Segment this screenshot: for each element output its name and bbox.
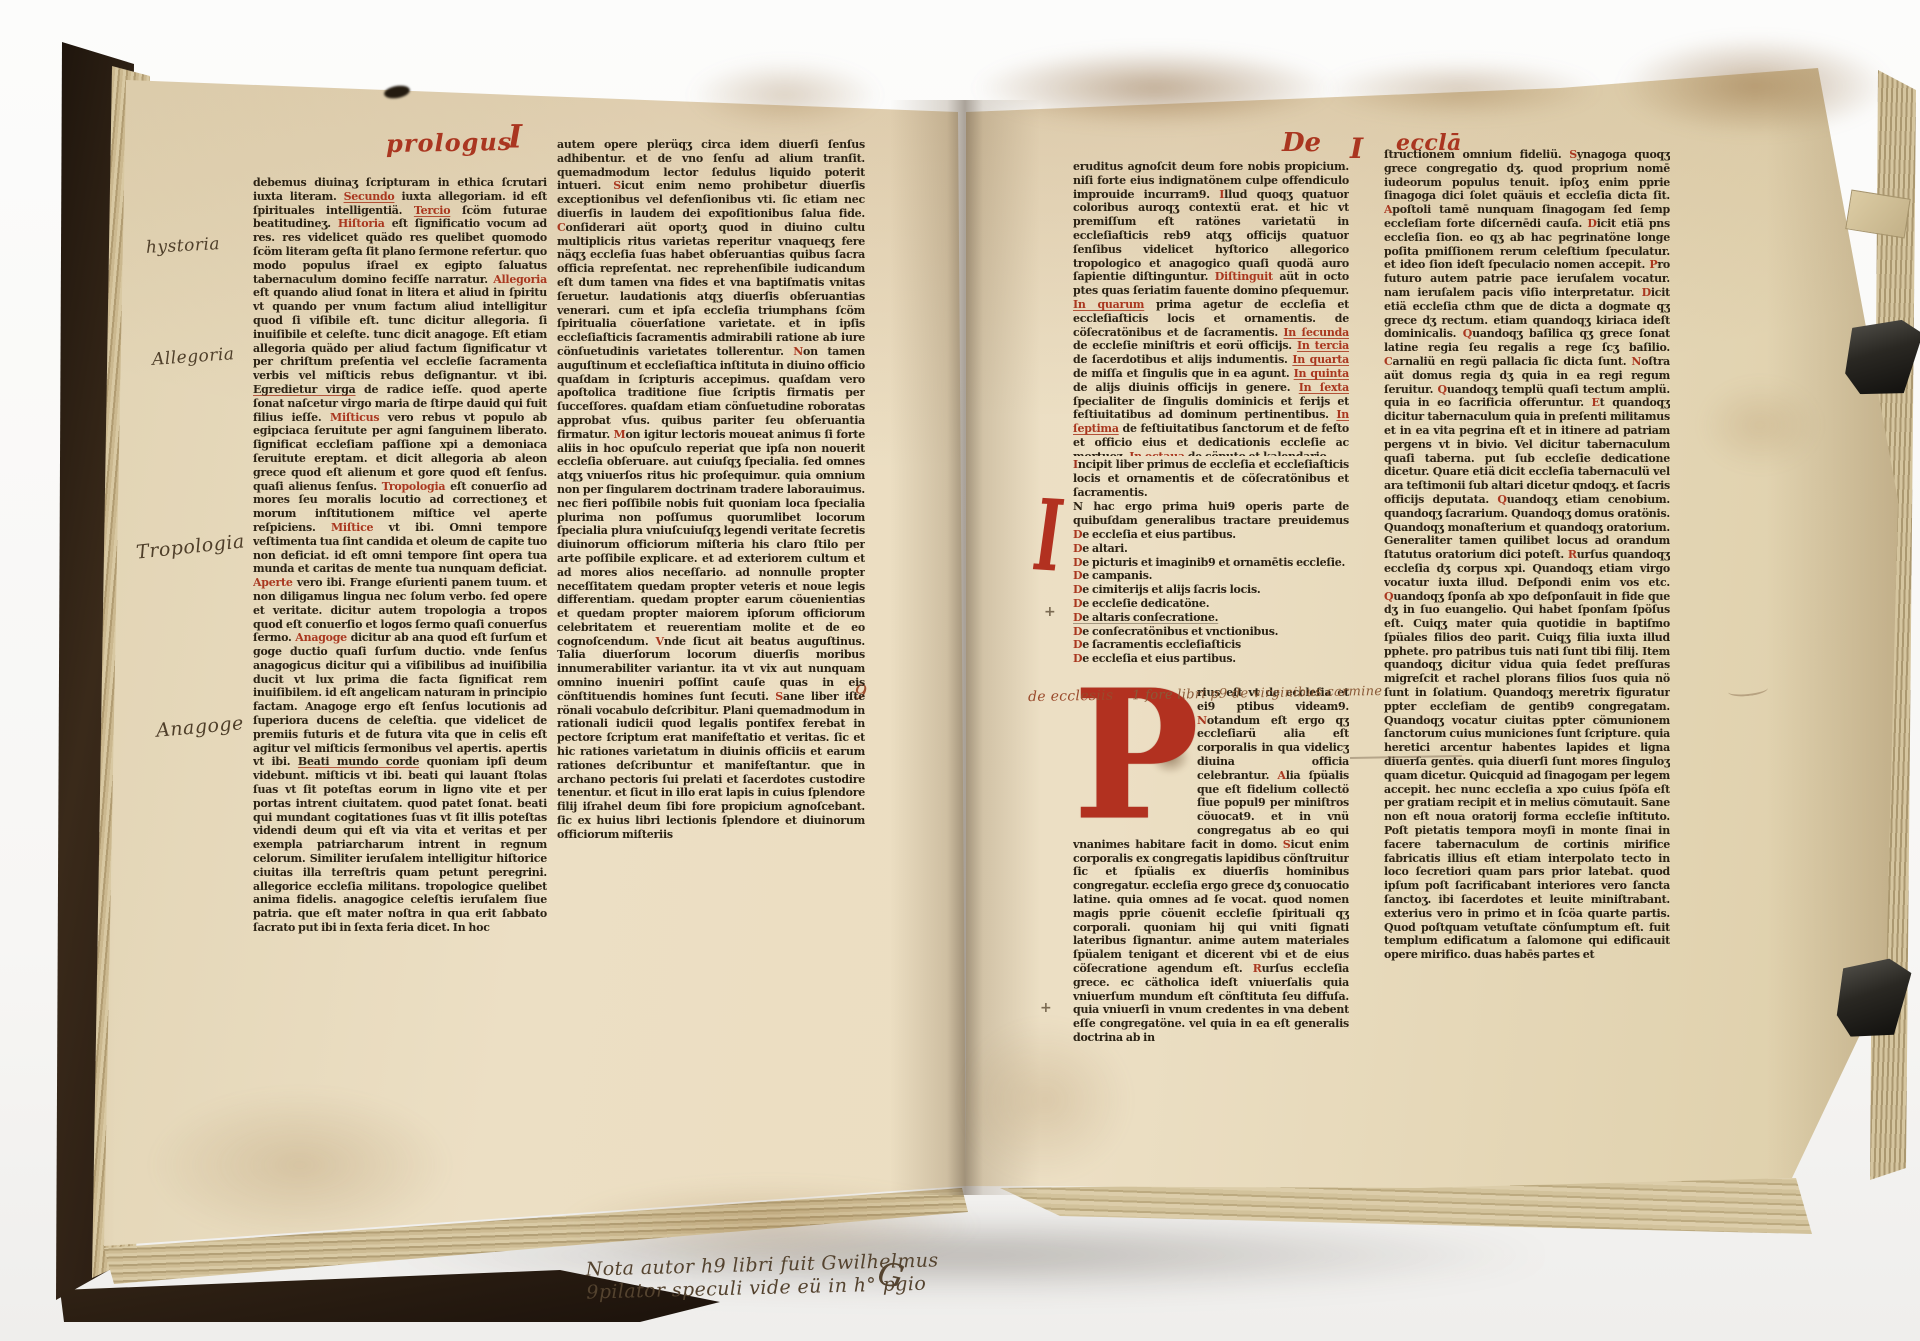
right-page-column-2: ſtructionem omnium fideliü. Synagoga quo… [1384,148,1670,1060]
left-page-column-2: autem opere plerüqʒ circa idem diuerſi ſ… [557,138,865,1064]
chapter-item: De eccleſia et eius partibus. [1073,652,1349,666]
chapter-item: De eccleſie dedicatöne. [1073,597,1349,611]
right-page-column-1: eruditus agnoſcit deum fore nobis propic… [1073,160,1349,1055]
chapter-item: De eccleſia et eius partibus. [1073,528,1349,542]
stain [690,60,880,130]
chapter-list: De eccleſia et eius partibus. De altari.… [1073,528,1349,668]
running-header-de: De [1282,128,1321,158]
in-hac-paragraph: N hac ergo prima hui9 operis parte de qu… [1073,500,1349,528]
running-header-numeral: I [508,119,522,156]
running-header-numeral-right: I [1350,132,1363,165]
photographed-incunabulum-spread: prologus I hystoria Allegoria Tropologia… [0,0,1920,1341]
chapter-item: De cimiterijs et alijs ſacris locis. [1073,583,1349,597]
interlinear-note-left: de ecclesiis [1028,688,1114,705]
running-header-prologus: prologus [386,127,513,158]
rubric-initial-I: I [1034,486,1063,586]
chapter-item: De picturis et imaginib9 et ornamētis ec… [1073,556,1349,570]
chapter-item: De conſecratönibus et vnctionibus. [1073,625,1349,639]
chapter-item: De altari. [1073,542,1349,556]
lombardic-initial-P: P [1073,686,1197,832]
chapter-one-opening: P rius eſt vt de eccleſia et ei9 ptibus … [1073,686,1349,1058]
chapter-item: De ſacramentis eccleſiaſticis [1073,638,1349,652]
left-page-column-1: debemus diuinaʒ ſcripturam in ethica ſcr… [253,176,547,1068]
intro-paragraph: eruditus agnoſcit deum fore nobis propic… [1073,160,1349,456]
margin-cross-mark: + [1040,1000,1052,1016]
chapter-item: De altaris conſecratione. [1073,611,1349,625]
stain [1700,380,1820,470]
chapter-item: De campanis. [1073,569,1349,583]
margin-cross-mark: + [1044,604,1056,620]
parchment-index-tab [1845,190,1911,239]
stain [1320,60,1600,120]
stain [1620,36,1890,136]
incipit-rubric: Incipit liber primus de eccleſia et eccl… [1073,458,1349,500]
stain [150,1090,450,1240]
stain [975,48,1335,128]
margin-note-hystoria: hystoria [146,234,221,258]
